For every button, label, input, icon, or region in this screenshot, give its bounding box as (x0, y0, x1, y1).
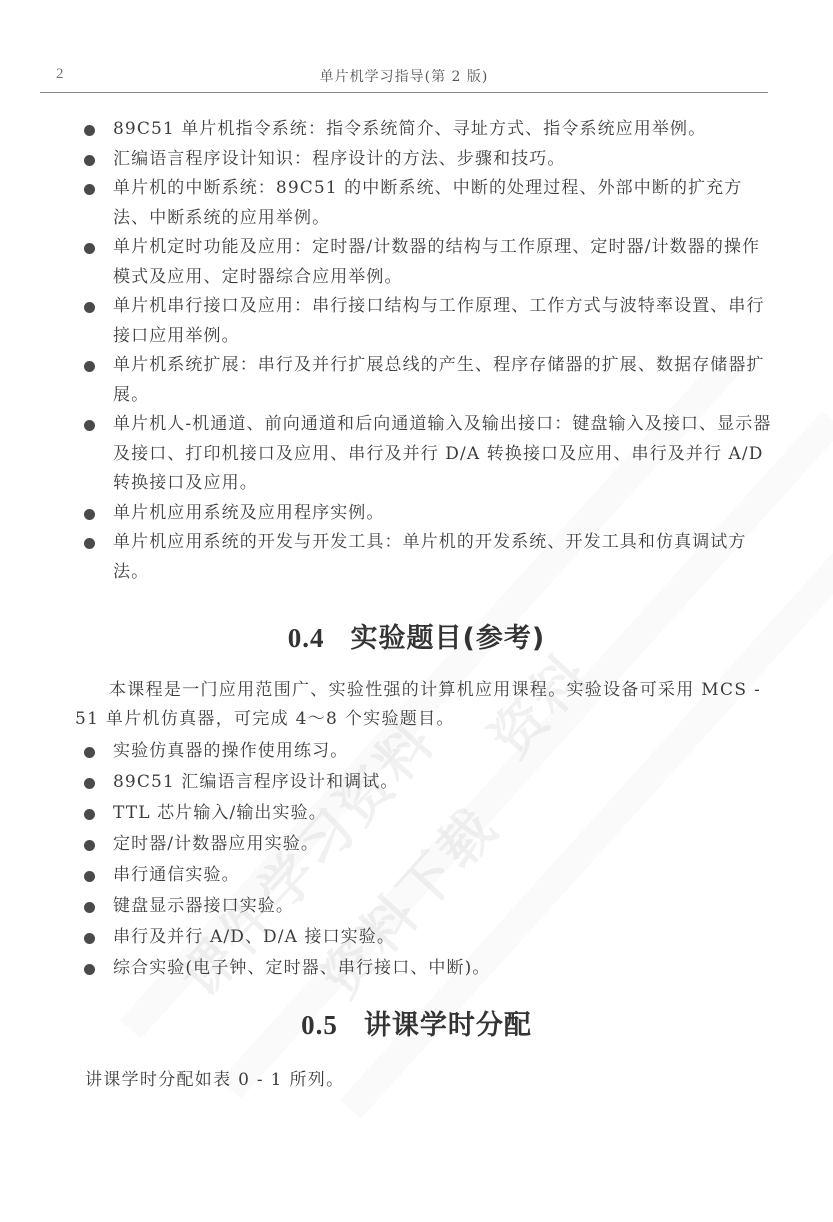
list-item: 单片机串行接口及应用：串行接口结构与工作原理、工作方式与波特率设置、串行接口应用… (84, 292, 774, 351)
bullet-icon (84, 840, 95, 851)
list-item: 单片机应用系统及应用程序实例。 (84, 499, 774, 529)
bullet-icon (84, 747, 95, 758)
list-item: 单片机的中断系统：89C51 的中断系统、中断的处理过程、外部中断的扩充方法、中… (84, 174, 774, 233)
list-item-text: 89C51 单片机指令系统：指令系统简介、寻址方式、指令系统应用举例。 (113, 119, 706, 139)
bullet-icon (84, 778, 95, 789)
list-item: 单片机应用系统的开发与开发工具：单片机的开发系统、开发工具和仿真调试方法。 (84, 528, 774, 587)
list-item: 综合实验(电子钟、定时器、串行接口、中断)。 (84, 953, 774, 984)
experiment-list: 实验仿真器的操作使用练习。 89C51 汇编语言程序设计和调试。 TTL 芯片输… (84, 736, 774, 984)
list-item-text: 单片机系统扩展：串行及并行扩展总线的产生、程序存储器的扩展、数据存储器扩展。 (113, 355, 765, 405)
bullet-icon (84, 538, 95, 549)
list-item: 89C51 汇编语言程序设计和调试。 (84, 767, 774, 798)
list-item-text: 汇编语言程序设计知识：程序设计的方法、步骤和技巧。 (113, 149, 566, 169)
section-title: 实验题目(参考) (351, 623, 546, 654)
list-item: 汇编语言程序设计知识：程序设计的方法、步骤和技巧。 (84, 145, 774, 175)
bullet-icon (84, 871, 95, 882)
running-header: 2 单片机学习指导(第 2 版) (40, 62, 768, 93)
section-title: 讲课学时分配 (364, 1010, 532, 1041)
list-item: 键盘显示器接口实验。 (84, 891, 774, 922)
list-item: 定时器/计数器应用实验。 (84, 829, 774, 860)
list-item-text: 单片机定时功能及应用：定时器/计数器的结构与工作原理、定时器/计数器的操作模式及… (113, 237, 760, 287)
section-body-paragraph: 讲课学时分配如表 0 - 1 所列。 (85, 1066, 780, 1095)
list-item-text: 定时器/计数器应用实验。 (113, 834, 319, 854)
paragraph-text: 本课程是一门应用范围广、实验性强的计算机应用课程。实验设备可采用 MCS - 5… (75, 680, 761, 729)
course-content-list: 89C51 单片机指令系统：指令系统简介、寻址方式、指令系统应用举例。 汇编语言… (84, 115, 774, 587)
list-item-text: 单片机应用系统及应用程序实例。 (113, 503, 385, 523)
bullet-icon (84, 302, 95, 313)
document-page: 课件学习资料 资料下载 资料 2 单片机学习指导(第 2 版) 89C51 单片… (0, 0, 833, 1222)
list-item: 单片机系统扩展：串行及并行扩展总线的产生、程序存储器的扩展、数据存储器扩展。 (84, 351, 774, 410)
list-item-text: TTL 芯片输入/输出实验。 (113, 803, 327, 823)
list-item: 单片机人-机通道、前向通道和后向通道输入及输出接口：键盘输入及接口、显示器及接口… (84, 410, 774, 499)
bullet-icon (84, 933, 95, 944)
list-item-text: 综合实验(电子钟、定时器、串行接口、中断)。 (113, 958, 490, 978)
section-number: 0.5 (301, 1010, 338, 1040)
list-item: 串行及并行 A/D、D/A 接口实验。 (84, 922, 774, 953)
section-intro-paragraph: 本课程是一门应用范围广、实验性强的计算机应用课程。实验设备可采用 MCS - 5… (75, 676, 770, 734)
list-item-text: 实验仿真器的操作使用练习。 (113, 741, 348, 761)
list-item-text: 键盘显示器接口实验。 (113, 896, 294, 916)
list-item-text: 单片机的中断系统：89C51 的中断系统、中断的处理过程、外部中断的扩充方法、中… (113, 178, 742, 228)
list-item: 单片机定时功能及应用：定时器/计数器的结构与工作原理、定时器/计数器的操作模式及… (84, 233, 774, 292)
list-item: 89C51 单片机指令系统：指令系统简介、寻址方式、指令系统应用举例。 (84, 115, 774, 145)
bullet-icon (84, 125, 95, 136)
bullet-icon (84, 420, 95, 431)
bullet-icon (84, 155, 95, 166)
list-item: 实验仿真器的操作使用练习。 (84, 736, 774, 767)
list-item: 串行通信实验。 (84, 860, 774, 891)
list-item-text: 单片机人-机通道、前向通道和后向通道输入及输出接口：键盘输入及接口、显示器及接口… (113, 414, 771, 493)
bullet-icon (84, 184, 95, 195)
running-title: 单片机学习指导(第 2 版) (40, 66, 768, 86)
list-item-text: 串行通信实验。 (113, 865, 240, 885)
bullet-icon (84, 361, 95, 372)
list-item-text: 89C51 汇编语言程序设计和调试。 (113, 772, 398, 792)
section-number: 0.4 (288, 623, 325, 653)
bullet-icon (84, 902, 95, 913)
bullet-icon (84, 509, 95, 520)
bullet-icon (84, 964, 95, 975)
section-heading-0-5: 0.5讲课学时分配 (0, 1003, 833, 1042)
list-item: TTL 芯片输入/输出实验。 (84, 798, 774, 829)
list-item-text: 单片机串行接口及应用：串行接口结构与工作原理、工作方式与波特率设置、串行接口应用… (113, 296, 765, 346)
bullet-icon (84, 243, 95, 254)
list-item-text: 串行及并行 A/D、D/A 接口实验。 (113, 927, 395, 947)
section-heading-0-4: 0.4实验题目(参考) (0, 616, 833, 655)
list-item-text: 单片机应用系统的开发与开发工具：单片机的开发系统、开发工具和仿真调试方法。 (113, 532, 747, 582)
bullet-icon (84, 809, 95, 820)
